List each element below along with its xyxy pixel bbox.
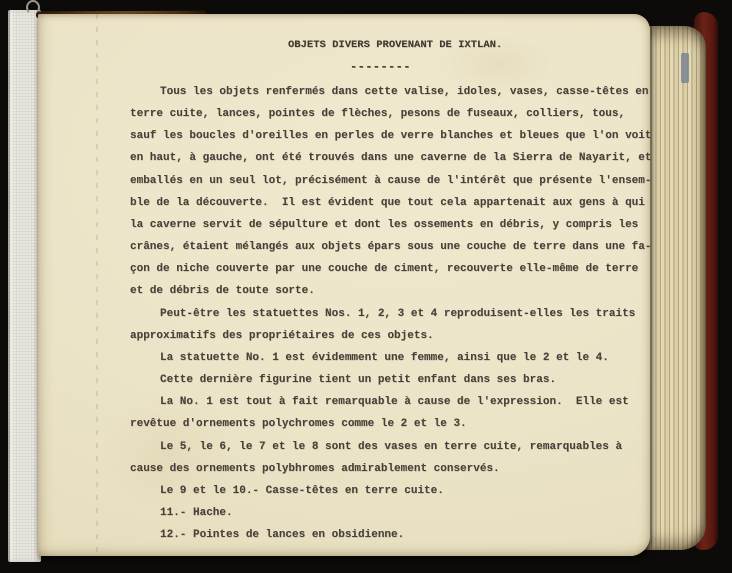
typewritten-line: ble de la découverte. Il est évident que… [130, 192, 675, 214]
typewritten-line: La statuette No. 1 est évidemment une fe… [130, 347, 675, 369]
paper-crease-line [96, 14, 98, 556]
binding-cloth-strip [8, 10, 41, 562]
typewritten-line: la caverne servit de sépulture et dont l… [130, 214, 675, 236]
document-page: OBJETS DIVERS PROVENANT DE IXTLAN. -----… [38, 14, 650, 556]
typewritten-line: emballés en un seul lot, précisément à c… [130, 170, 675, 192]
typewritten-line: çon de niche couverte par une couche de … [130, 258, 675, 280]
title-divider: -------- [350, 60, 411, 74]
typewritten-line: Cette dernière figurine tient un petit e… [130, 369, 675, 391]
typewritten-line: cause des ornements polybhromes admirabl… [130, 458, 675, 480]
typewritten-line: en haut, à gauche, ont été trouvés dans … [130, 147, 675, 169]
typewritten-line: 12.- Pointes de lances en obsidienne. [130, 524, 675, 546]
typewritten-line: La No. 1 est tout à fait remarquable à c… [130, 391, 675, 413]
typewritten-line: Le 9 et le 10.- Casse-têtes en terre cui… [130, 480, 675, 502]
typewritten-line: crânes, étaient mélangés aux objets épar… [130, 236, 675, 258]
typewritten-line: Tous les objets renfermés dans cette val… [130, 81, 675, 103]
typewritten-line: sauf les boucles d'oreilles en perles de… [130, 125, 675, 147]
typewritten-line: terre cuite, lances, pointes de flèches,… [130, 103, 675, 125]
document-title: OBJETS DIVERS PROVENANT DE IXTLAN. [288, 39, 502, 51]
typewritten-line: revêtue d'ornements polychromes comme le… [130, 413, 675, 435]
photographed-book-page: OBJETS DIVERS PROVENANT DE IXTLAN. -----… [0, 0, 732, 573]
typewritten-line: 11.- Hache. [130, 502, 675, 524]
typewritten-line: approximatifs des propriétaires de ces o… [130, 325, 675, 347]
typewritten-text: Tous les objets renfermés dans cette val… [130, 81, 675, 546]
blue-page-edge [681, 53, 689, 83]
typewritten-line: Peut-être les statuettes Nos. 1, 2, 3 et… [130, 303, 675, 325]
typewritten-line: Le 5, le 6, le 7 et le 8 sont des vases … [130, 436, 675, 458]
typewritten-line: et de débris de toute sorte. [130, 280, 675, 302]
